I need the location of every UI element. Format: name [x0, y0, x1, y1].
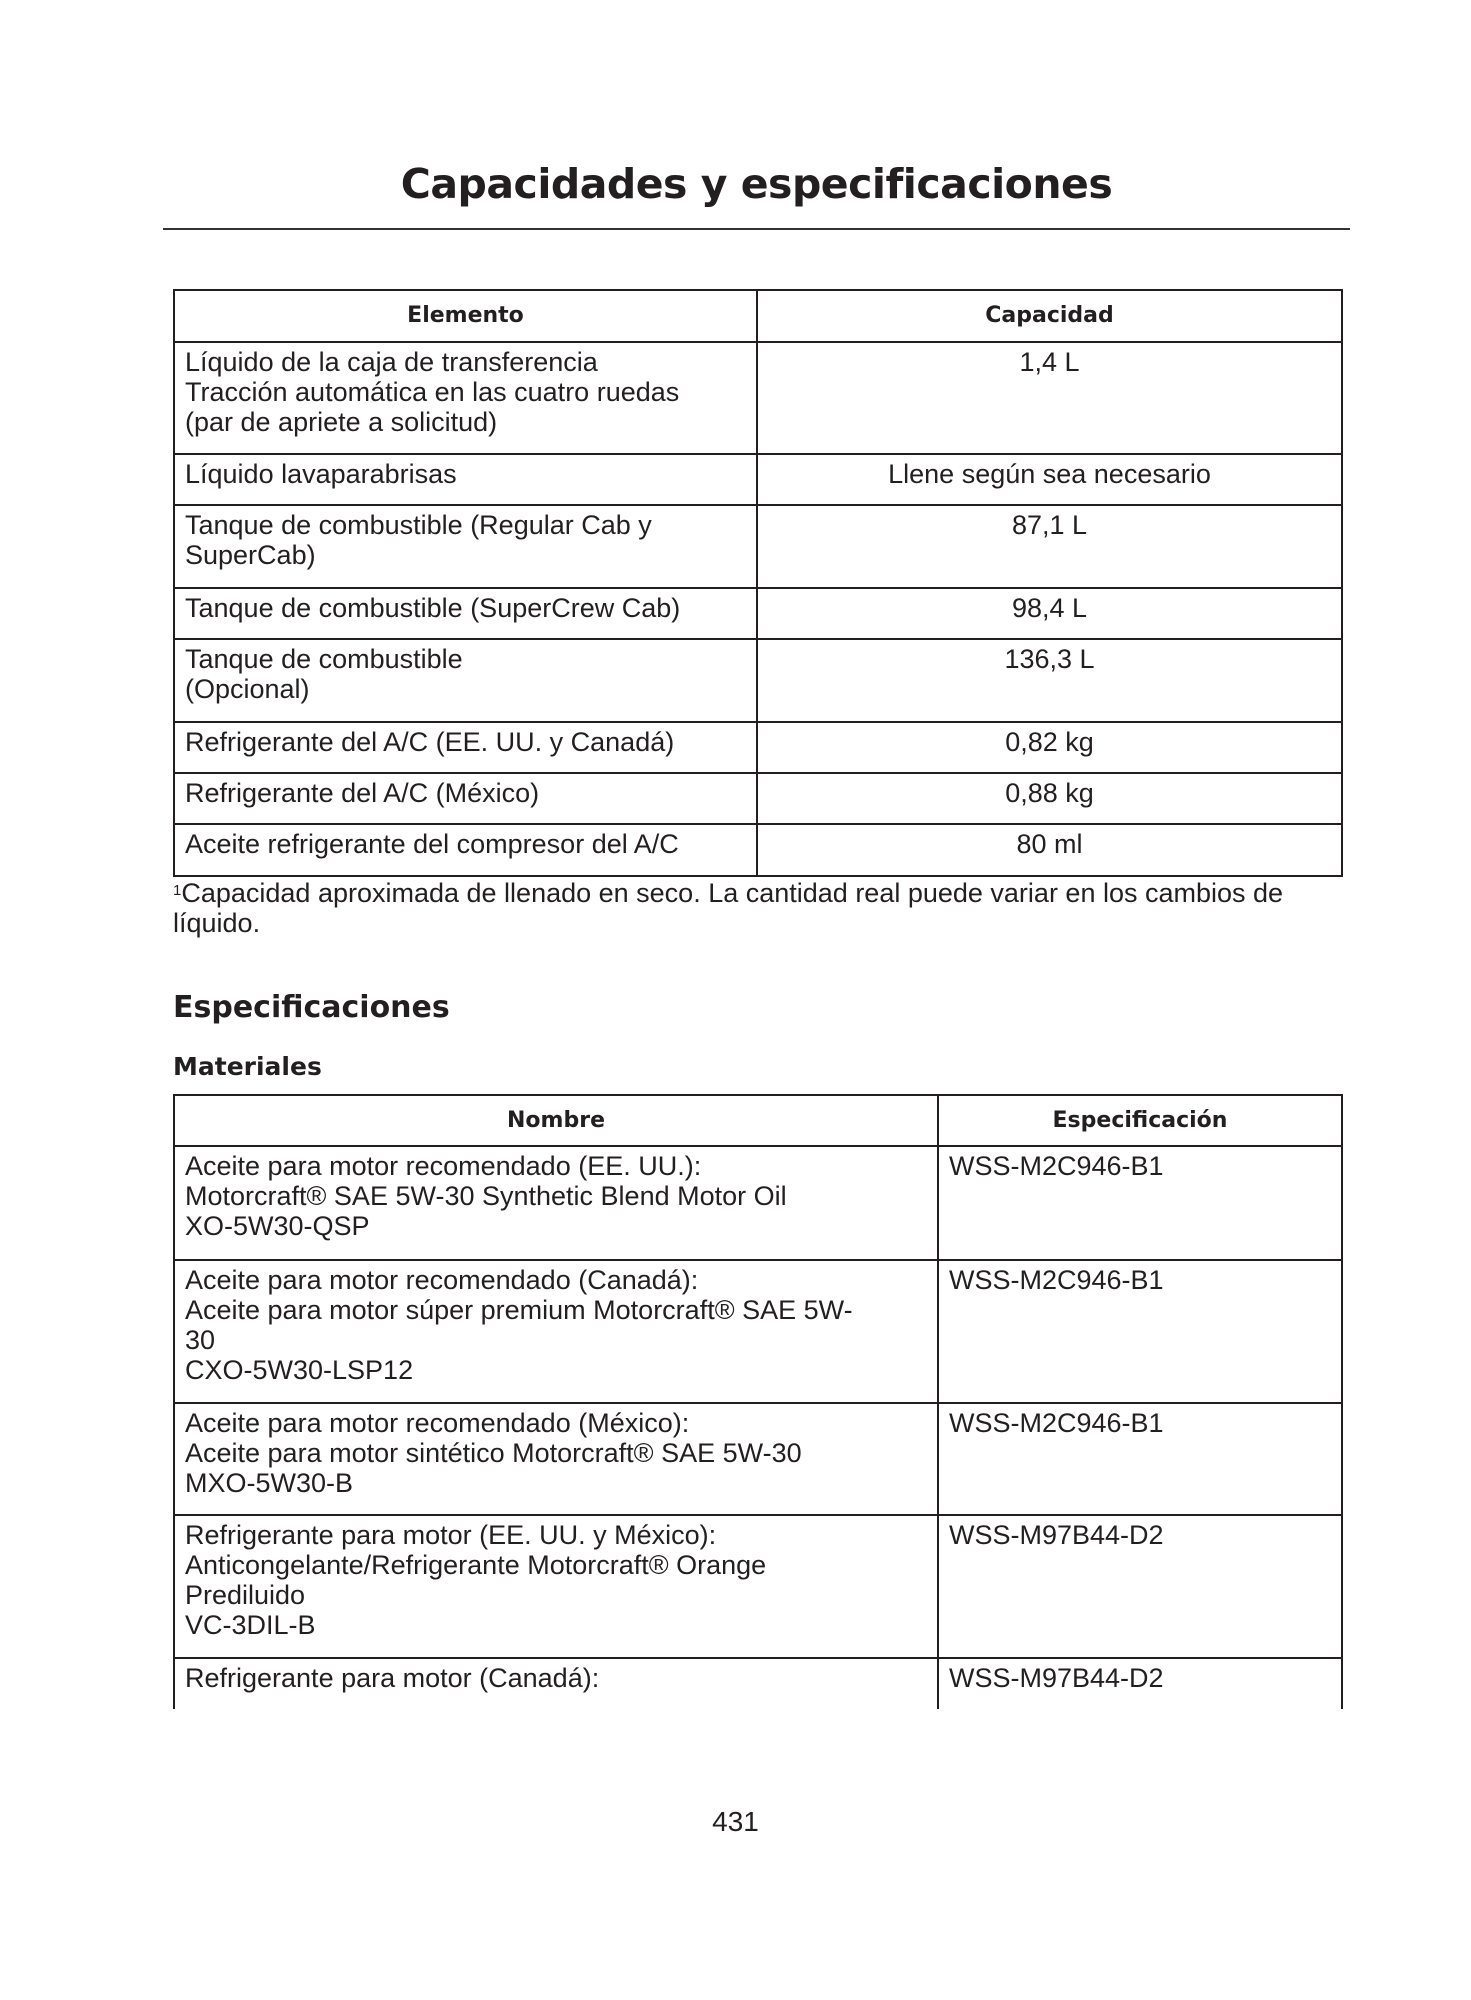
name-text: Refrigerante para motor (Canadá):	[185, 1663, 927, 1693]
spec-cell: WSS-M2C946-B1	[938, 1260, 1342, 1403]
table-row: Aceite para motor recomendado (México):A…	[174, 1403, 1342, 1515]
name-text: Aceite para motor recomendado (México):	[185, 1408, 927, 1438]
table-row: Aceite refrigerante del compresor del A/…	[174, 824, 1342, 876]
page-number: 431	[0, 1806, 1471, 1838]
item-cell: Refrigerante del A/C (EE. UU. y Canadá)	[174, 722, 757, 773]
item-cell: Aceite refrigerante del compresor del A/…	[174, 824, 757, 876]
table-row: Aceite para motor recomendado (EE. UU.):…	[174, 1146, 1342, 1260]
item-text: Refrigerante del A/C (EE. UU. y Canadá)	[185, 727, 746, 757]
materials-header-row: Nombre Especificación	[174, 1095, 1342, 1146]
item-text: Líquido de la caja de transferencia	[185, 347, 746, 377]
table-row: Tanque de combustible (Regular Cab ySupe…	[174, 505, 1342, 588]
name-text: VC-3DIL-B	[185, 1610, 927, 1640]
name-text: Aceite para motor recomendado (EE. UU.):	[185, 1151, 927, 1181]
capacity-cell: 0,88 kg	[757, 773, 1342, 824]
table-row: Tanque de combustible (SuperCrew Cab)98,…	[174, 588, 1342, 639]
item-cell: Refrigerante del A/C (México)	[174, 773, 757, 824]
capacities-table: Elemento Capacidad Líquido de la caja de…	[173, 289, 1343, 877]
name-text: Motorcraft® SAE 5W-30 Synthetic Blend Mo…	[185, 1181, 927, 1211]
spec-cell: WSS-M2C946-B1	[938, 1146, 1342, 1260]
capacity-cell: 87,1 L	[757, 505, 1342, 588]
subheading-materiales: Materiales	[173, 1052, 322, 1081]
name-cell: Refrigerante para motor (Canadá):	[174, 1658, 938, 1709]
column-header-elemento: Elemento	[174, 290, 757, 342]
table-row: Líquido de la caja de transferenciaTracc…	[174, 342, 1342, 454]
item-text: Líquido lavaparabrisas	[185, 459, 746, 489]
item-text: Tanque de combustible (Regular Cab y	[185, 510, 746, 540]
column-header-capacidad: Capacidad	[757, 290, 1342, 342]
spec-cell: WSS-M2C946-B1	[938, 1403, 1342, 1515]
name-text: Refrigerante para motor (EE. UU. y Méxic…	[185, 1520, 927, 1550]
section-heading-especificaciones: Especificaciones	[173, 990, 450, 1025]
item-text: (par de apriete a solicitud)	[185, 407, 746, 437]
item-text: Refrigerante del A/C (México)	[185, 778, 746, 808]
name-text: Prediluido	[185, 1580, 927, 1610]
capacity-cell: 0,82 kg	[757, 722, 1342, 773]
materials-table: Nombre Especificación Aceite para motor …	[173, 1094, 1343, 1709]
name-text: Aceite para motor súper premium Motorcra…	[185, 1295, 927, 1325]
table-row: Refrigerante para motor (EE. UU. y Méxic…	[174, 1515, 1342, 1658]
table-row: Tanque de combustible(Opcional)136,3 L	[174, 639, 1342, 722]
item-text: Tanque de combustible (SuperCrew Cab)	[185, 593, 746, 623]
name-cell: Aceite para motor recomendado (México):A…	[174, 1403, 938, 1515]
column-header-nombre: Nombre	[174, 1095, 938, 1146]
capacity-cell: 80 ml	[757, 824, 1342, 876]
name-text: XO-5W30-QSP	[185, 1211, 927, 1241]
column-header-especificacion: Especificación	[938, 1095, 1342, 1146]
name-text: CXO-5W30-LSP12	[185, 1355, 927, 1385]
item-cell: Tanque de combustible (SuperCrew Cab)	[174, 588, 757, 639]
title-divider	[163, 228, 1350, 230]
footnote-marker: 1	[173, 882, 181, 899]
item-text: Tanque de combustible	[185, 644, 746, 674]
item-cell: Líquido de la caja de transferenciaTracc…	[174, 342, 757, 454]
spec-cell: WSS-M97B44-D2	[938, 1515, 1342, 1658]
item-text: Tracción automática en las cuatro ruedas	[185, 377, 746, 407]
table-row: Aceite para motor recomendado (Canadá):A…	[174, 1260, 1342, 1403]
item-text: (Opcional)	[185, 674, 746, 704]
spec-cell: WSS-M97B44-D2	[938, 1658, 1342, 1709]
name-cell: Aceite para motor recomendado (Canadá):A…	[174, 1260, 938, 1403]
table-row: Refrigerante del A/C (México)0,88 kg	[174, 773, 1342, 824]
footnote-text: Capacidad aproximada de llenado en seco.…	[173, 878, 1283, 938]
capacity-cell: 136,3 L	[757, 639, 1342, 722]
capacity-cell: 1,4 L	[757, 342, 1342, 454]
table-row: Refrigerante del A/C (EE. UU. y Canadá)0…	[174, 722, 1342, 773]
name-text: Anticongelante/Refrigerante Motorcraft® …	[185, 1550, 927, 1580]
footnote: 1Capacidad aproximada de llenado en seco…	[173, 878, 1348, 938]
item-cell: Tanque de combustible(Opcional)	[174, 639, 757, 722]
item-text: SuperCab)	[185, 540, 746, 570]
item-cell: Líquido lavaparabrisas	[174, 454, 757, 505]
capacity-cell: 98,4 L	[757, 588, 1342, 639]
page-title: Capacidades y especificaciones	[163, 160, 1350, 208]
name-cell: Aceite para motor recomendado (EE. UU.):…	[174, 1146, 938, 1260]
table-row: Refrigerante para motor (Canadá):WSS-M97…	[174, 1658, 1342, 1709]
name-cell: Refrigerante para motor (EE. UU. y Méxic…	[174, 1515, 938, 1658]
capacity-cell: Llene según sea necesario	[757, 454, 1342, 505]
name-text: Aceite para motor recomendado (Canadá):	[185, 1265, 927, 1295]
table-row: Líquido lavaparabrisasLlene según sea ne…	[174, 454, 1342, 505]
name-text: 30	[185, 1325, 927, 1355]
name-text: MXO-5W30-B	[185, 1468, 927, 1498]
name-text: Aceite para motor sintético Motorcraft® …	[185, 1438, 927, 1468]
capacities-header-row: Elemento Capacidad	[174, 290, 1342, 342]
item-text: Aceite refrigerante del compresor del A/…	[185, 829, 746, 859]
item-cell: Tanque de combustible (Regular Cab ySupe…	[174, 505, 757, 588]
